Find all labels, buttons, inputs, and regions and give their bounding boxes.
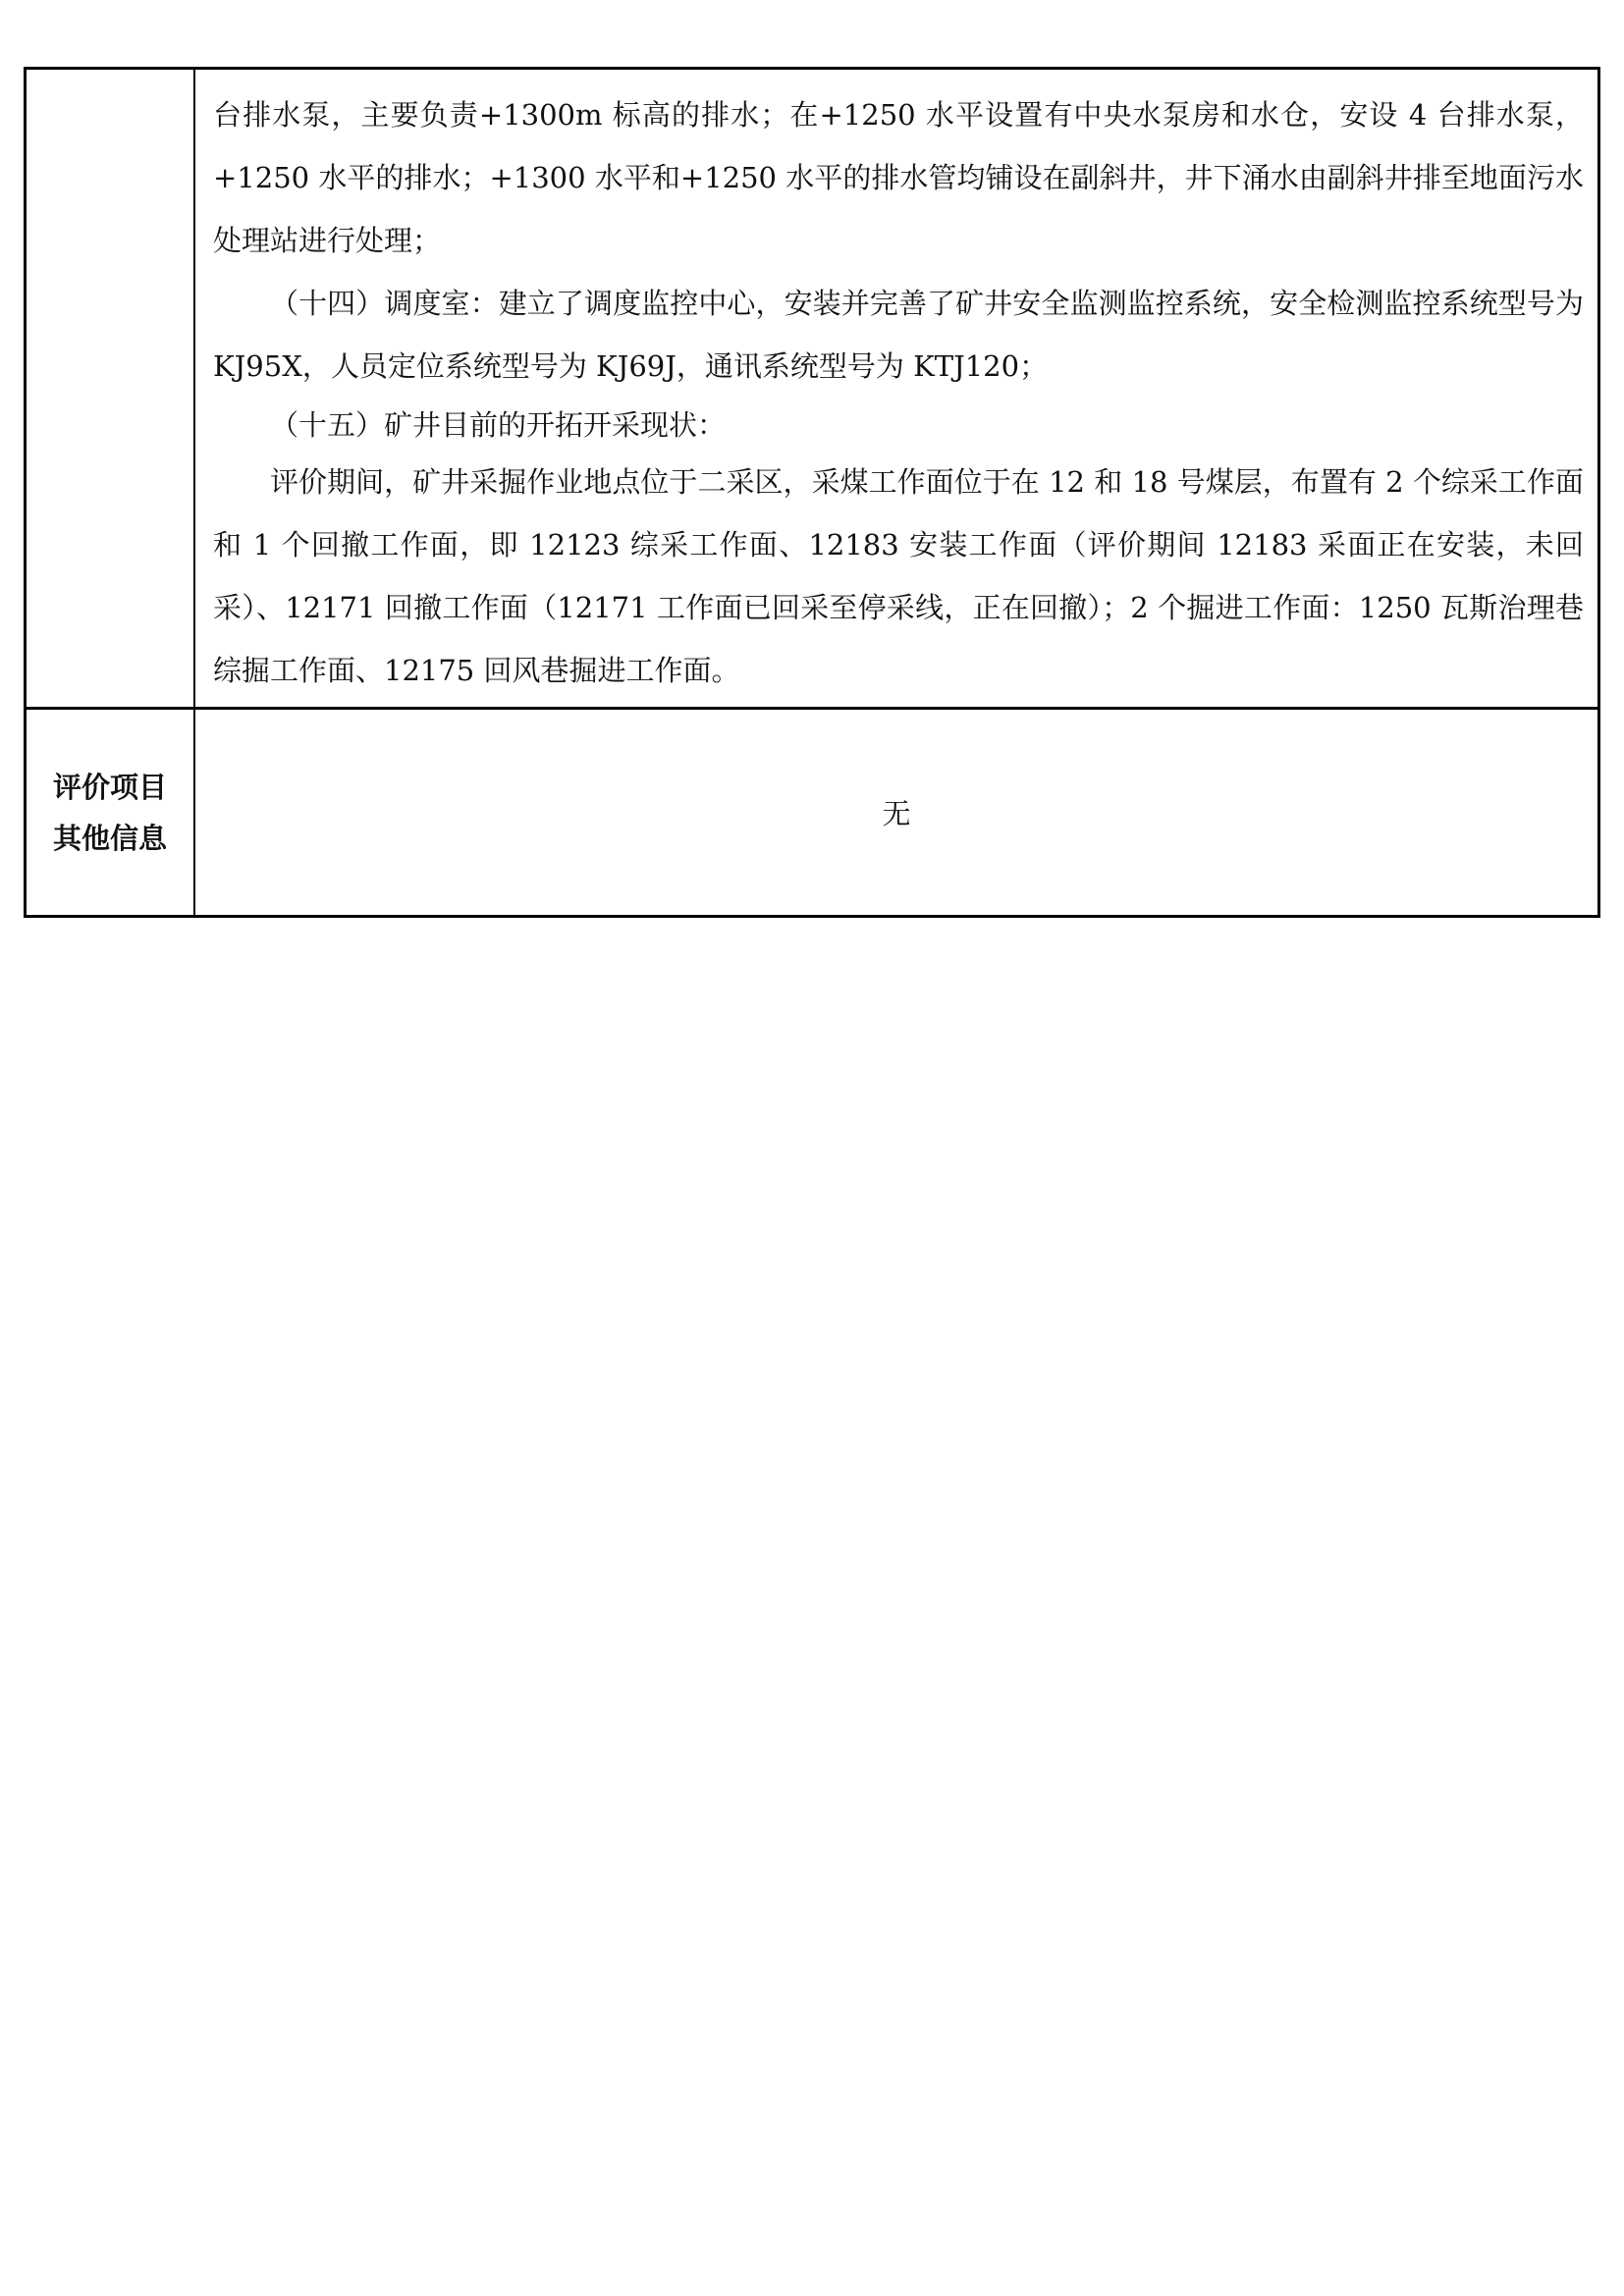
evaluation-info-table: 台排水泵，主要负责+1300m 标高的排水；在+1250 水平设置有中央水泵房和… [24, 67, 1600, 918]
row-content-cell: 台排水泵，主要负责+1300m 标高的排水；在+1250 水平设置有中央水泵房和… [195, 70, 1597, 707]
table-row-mine-status: 台排水泵，主要负责+1300m 标高的排水；在+1250 水平设置有中央水泵房和… [27, 70, 1597, 707]
paragraph-mining-status-heading: （十五）矿井目前的开拓开采现状： [213, 400, 1584, 451]
paragraph-drainage: 台排水泵，主要负责+1300m 标高的排水；在+1250 水平设置有中央水泵房和… [213, 83, 1584, 272]
row-label-other-info: 评价项目 其他信息 [53, 762, 167, 864]
row-label-cell [27, 70, 195, 707]
table-row-other-info: 评价项目 其他信息 无 [27, 707, 1597, 915]
paragraph-mining-status: 评价期间，矿井采掘作业地点位于二采区，采煤工作面位于在 12 和 18 号煤层，… [213, 451, 1584, 702]
row-label-cell: 评价项目 其他信息 [27, 710, 195, 915]
paragraph-dispatch-room: （十四）调度室：建立了调度监控中心，安装并完善了矿井安全监测监控系统，安全检测监… [213, 272, 1584, 398]
row-value-cell: 无 [195, 710, 1597, 915]
other-info-value: 无 [882, 792, 910, 832]
